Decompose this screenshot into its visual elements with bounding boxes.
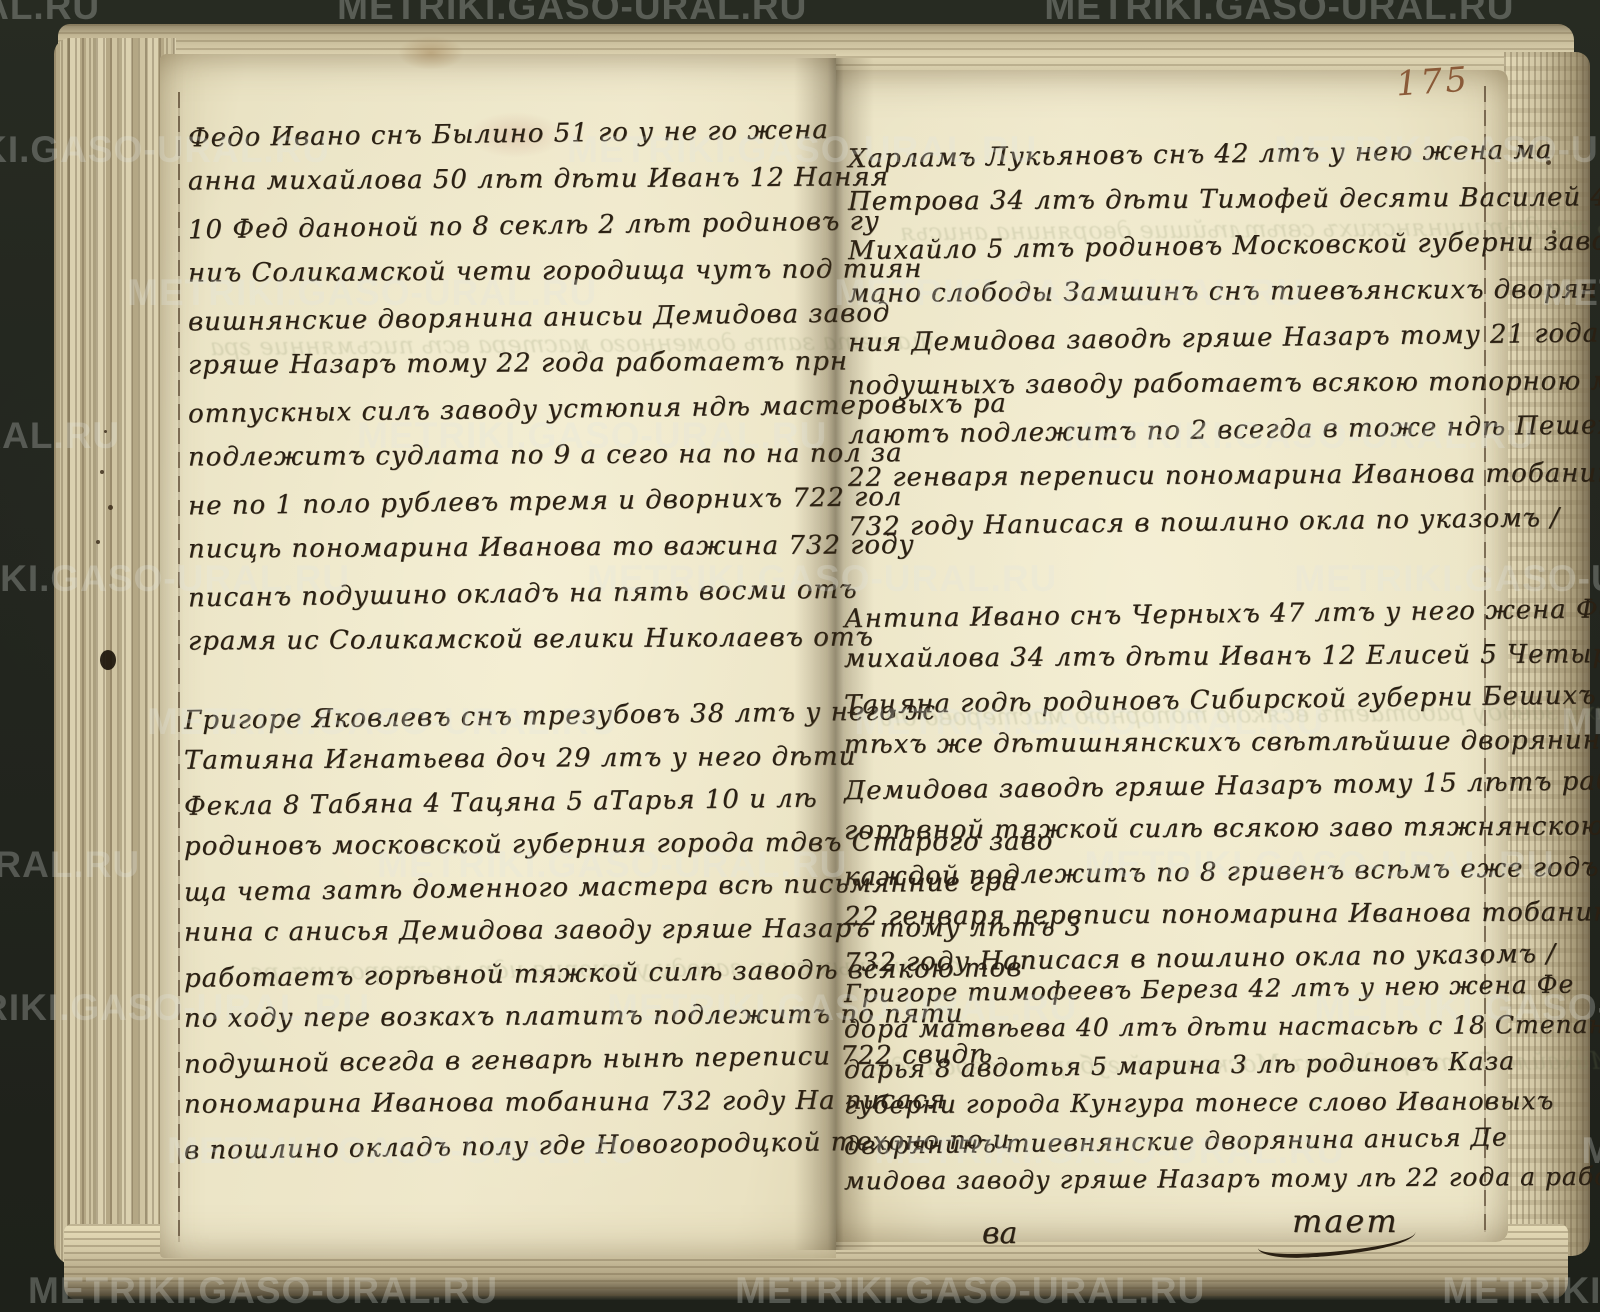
foxing-speck <box>108 505 113 510</box>
manuscript-line: Харламъ Лукьяновъ снъ 42 лтъ у нею жена … <box>848 124 1600 183</box>
manuscript-line: Антипа Ивано снъ Черныхъ 47 лтъ у него ж… <box>844 586 1600 642</box>
manuscript-line: подушныхъ заводу работаетъ всякою топорн… <box>848 357 1600 409</box>
manuscript-line: михайлова 34 лтъ дѣти Иванъ 12 Елисей 5 … <box>844 632 1600 681</box>
manuscript-line: 22 генваря переписи пономарина Иванова т… <box>844 890 1600 939</box>
ink-blot <box>100 650 116 670</box>
manuscript-line: тѣхъ же дѣтишнянскихъ свѣтлѣйшие дворяни… <box>844 718 1600 767</box>
manuscript-line: Михайло 5 лтъ родиновъ Московской губерн… <box>848 216 1600 275</box>
manuscript-line: Петрова 34 лтъ дѣти Тимофей десяти Васил… <box>848 173 1600 225</box>
manuscript-line: мидова заводу гряше Назаръ тому лѣ 22 го… <box>844 1158 1600 1201</box>
census-entry: Антипа Ивано снъ Черныхъ 47 лтъ у него ж… <box>844 592 1600 979</box>
census-entry: Григоре тимофеевъ Береза 42 лтъ у нею же… <box>844 970 1600 1198</box>
manuscript-line: мано слободы Замшинъ снъ тиевъянскихъ дв… <box>848 265 1600 317</box>
manuscript-scan: ща чета затѣ доменного мастера всѣ письм… <box>0 0 1600 1312</box>
foxing-speck <box>104 430 107 433</box>
foxing-speck <box>96 540 100 544</box>
manuscript-line: горѣвной тяжкой силѣ всякою заво тяжнянс… <box>844 804 1600 853</box>
manuscript-line: 22 генваря переписи пономарина Иванова т… <box>848 449 1600 501</box>
census-entry: Харламъ Лукьяновъ снъ 42 лтъ у нею жена … <box>848 130 1600 544</box>
manuscript-line: 732 году Написася в пошлино окла по указ… <box>848 492 1600 551</box>
book-gutter-shadow <box>794 58 874 1250</box>
manuscript-line: ния Демидова заводѣ гряше Назаръ тому 21… <box>848 308 1600 367</box>
manuscript-line: лаютъ подлежитъ по 2 всегда в тоже ндѣ П… <box>848 400 1600 459</box>
quire-mark: ва <box>982 1216 1017 1251</box>
left-page-margin-rule <box>178 92 180 1242</box>
book-left-deckle-edge <box>54 38 176 1266</box>
paper-stain <box>398 36 464 70</box>
foxing-speck <box>100 470 104 474</box>
folio-number: 175 <box>1395 59 1472 104</box>
